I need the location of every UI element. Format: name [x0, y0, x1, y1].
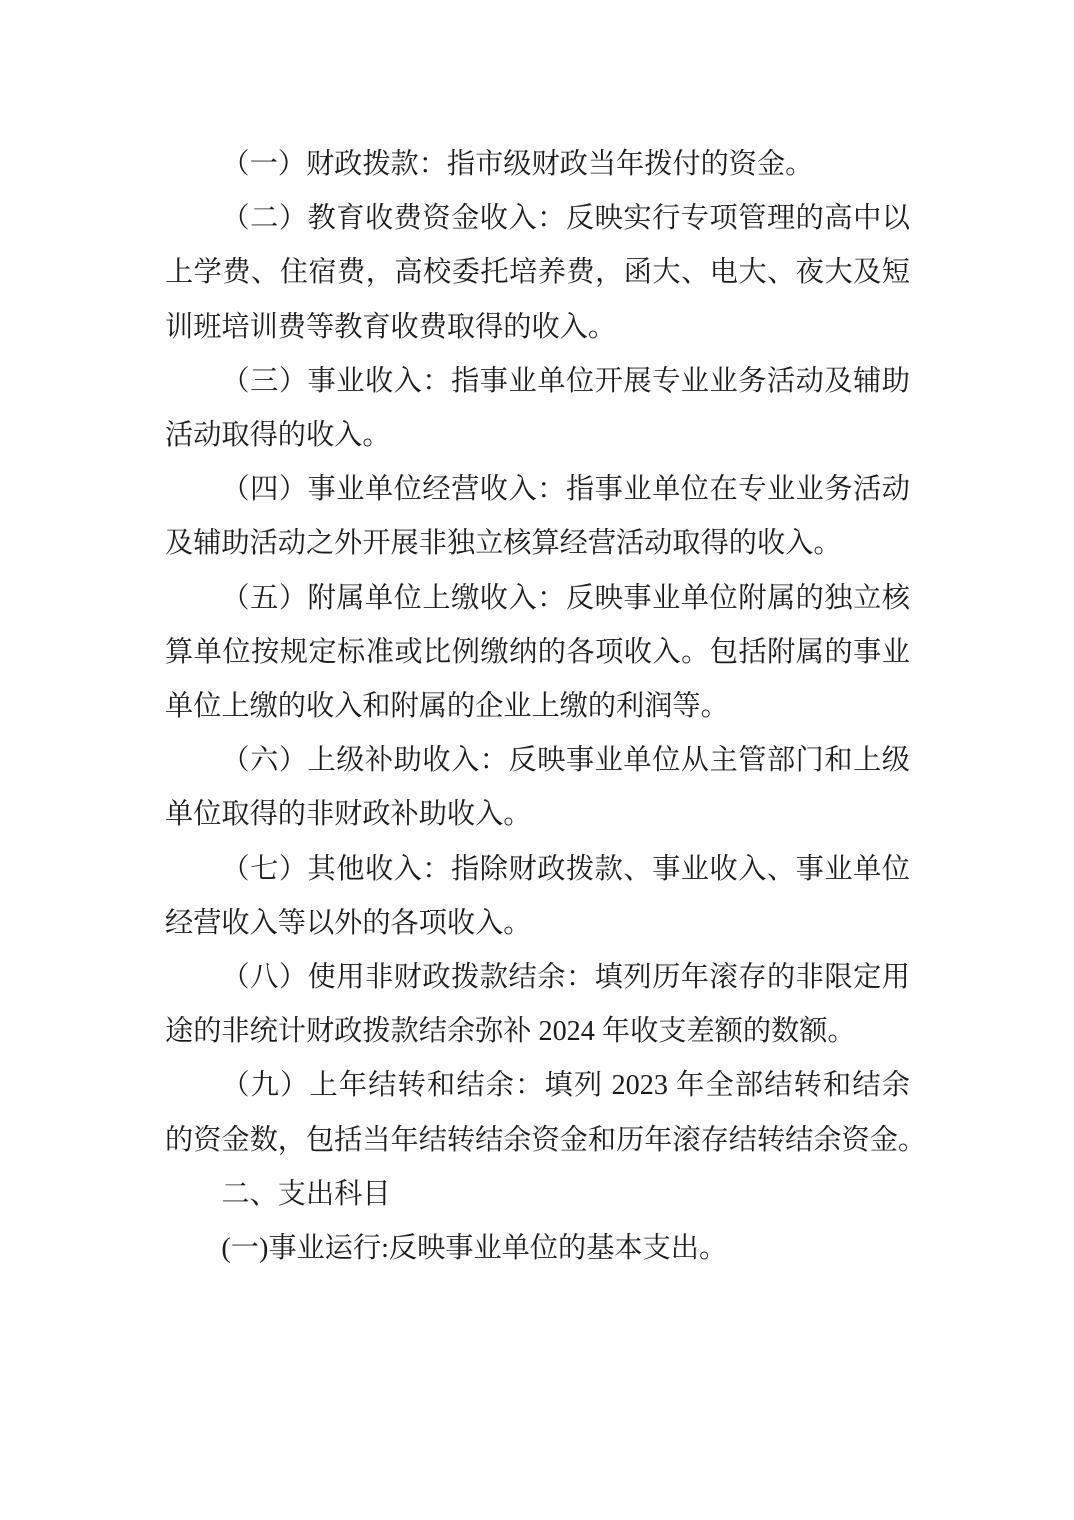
paragraph-income-item-1: （一）财政拨款：指市级财政当年拨付的资金。	[165, 138, 910, 192]
paragraph-line: （七）其他收入：指除财政拨款、事业收入、事业单位	[165, 843, 910, 897]
paragraph-line: （六）上级补助收入：反映事业单位从主管部门和上级	[165, 734, 910, 788]
paragraph-line: 活动取得的收入。	[165, 409, 910, 463]
paragraph-line: （八）使用非财政拨款结余：填列历年滚存的非限定用	[165, 951, 910, 1005]
paragraph-line: (一)事业运行:反映事业单位的基本支出。	[165, 1222, 910, 1276]
paragraph-line: （九）上年结转和结余：填列 2023 年全部结转和结余	[165, 1059, 910, 1113]
paragraph-line: （四）事业单位经营收入：指事业单位在专业业务活动	[165, 463, 910, 517]
paragraph-income-item-9: （九）上年结转和结余：填列 2023 年全部结转和结余 的资金数，包括当年结转结…	[165, 1059, 910, 1167]
paragraph-line: 的资金数，包括当年结转结余资金和历年滚存结转结余资金。	[165, 1114, 910, 1168]
paragraph-line: 途的非统计财政拨款结余弥补 2024 年收支差额的数额。	[165, 1005, 910, 1059]
paragraph-income-item-6: （六）上级补助收入：反映事业单位从主管部门和上级 单位取得的非财政补助收入。	[165, 734, 910, 842]
paragraph-line: （三）事业收入：指事业单位开展专业业务活动及辅助	[165, 355, 910, 409]
paragraph-line: 经营收入等以外的各项收入。	[165, 897, 910, 951]
paragraph-line: 及辅助活动之外开展非独立核算经营活动取得的收入。	[165, 517, 910, 571]
paragraph-income-item-2: （二）教育收费资金收入：反映实行专项管理的高中以 上学费、住宿费，高校委托培养费…	[165, 192, 910, 355]
paragraph-line: 上学费、住宿费，高校委托培养费，函大、电大、夜大及短	[165, 246, 910, 300]
paragraph-income-item-5: （五）附属单位上缴收入：反映事业单位附属的独立核 算单位按规定标准或比例缴纳的各…	[165, 572, 910, 735]
paragraph-income-item-8: （八）使用非财政拨款结余：填列历年滚存的非限定用 途的非统计财政拨款结余弥补 2…	[165, 951, 910, 1059]
paragraph-line: （二）教育收费资金收入：反映实行专项管理的高中以	[165, 192, 910, 246]
paragraph-line: 训班培训费等教育收费取得的收入。	[165, 301, 910, 355]
section-heading-line: 二、支出科目	[165, 1168, 910, 1222]
paragraph-line: 算单位按规定标准或比例缴纳的各项收入。包括附属的事业	[165, 626, 910, 680]
paragraph-line: 单位上缴的收入和附属的企业上缴的利润等。	[165, 680, 910, 734]
document-body: （一）财政拨款：指市级财政当年拨付的资金。 （二）教育收费资金收入：反映实行专项…	[165, 138, 910, 1276]
paragraph-line: （一）财政拨款：指市级财政当年拨付的资金。	[165, 138, 910, 192]
paragraph-line: 单位取得的非财政补助收入。	[165, 788, 910, 842]
paragraph-income-item-7: （七）其他收入：指除财政拨款、事业收入、事业单位 经营收入等以外的各项收入。	[165, 843, 910, 951]
paragraph-expenditure-item-1: (一)事业运行:反映事业单位的基本支出。	[165, 1222, 910, 1276]
section-heading-expenditure: 二、支出科目	[165, 1168, 910, 1222]
document-page: （一）财政拨款：指市级财政当年拨付的资金。 （二）教育收费资金收入：反映实行专项…	[0, 0, 1074, 1520]
paragraph-income-item-4: （四）事业单位经营收入：指事业单位在专业业务活动 及辅助活动之外开展非独立核算经…	[165, 463, 910, 571]
paragraph-income-item-3: （三）事业收入：指事业单位开展专业业务活动及辅助 活动取得的收入。	[165, 355, 910, 463]
paragraph-line: （五）附属单位上缴收入：反映事业单位附属的独立核	[165, 572, 910, 626]
